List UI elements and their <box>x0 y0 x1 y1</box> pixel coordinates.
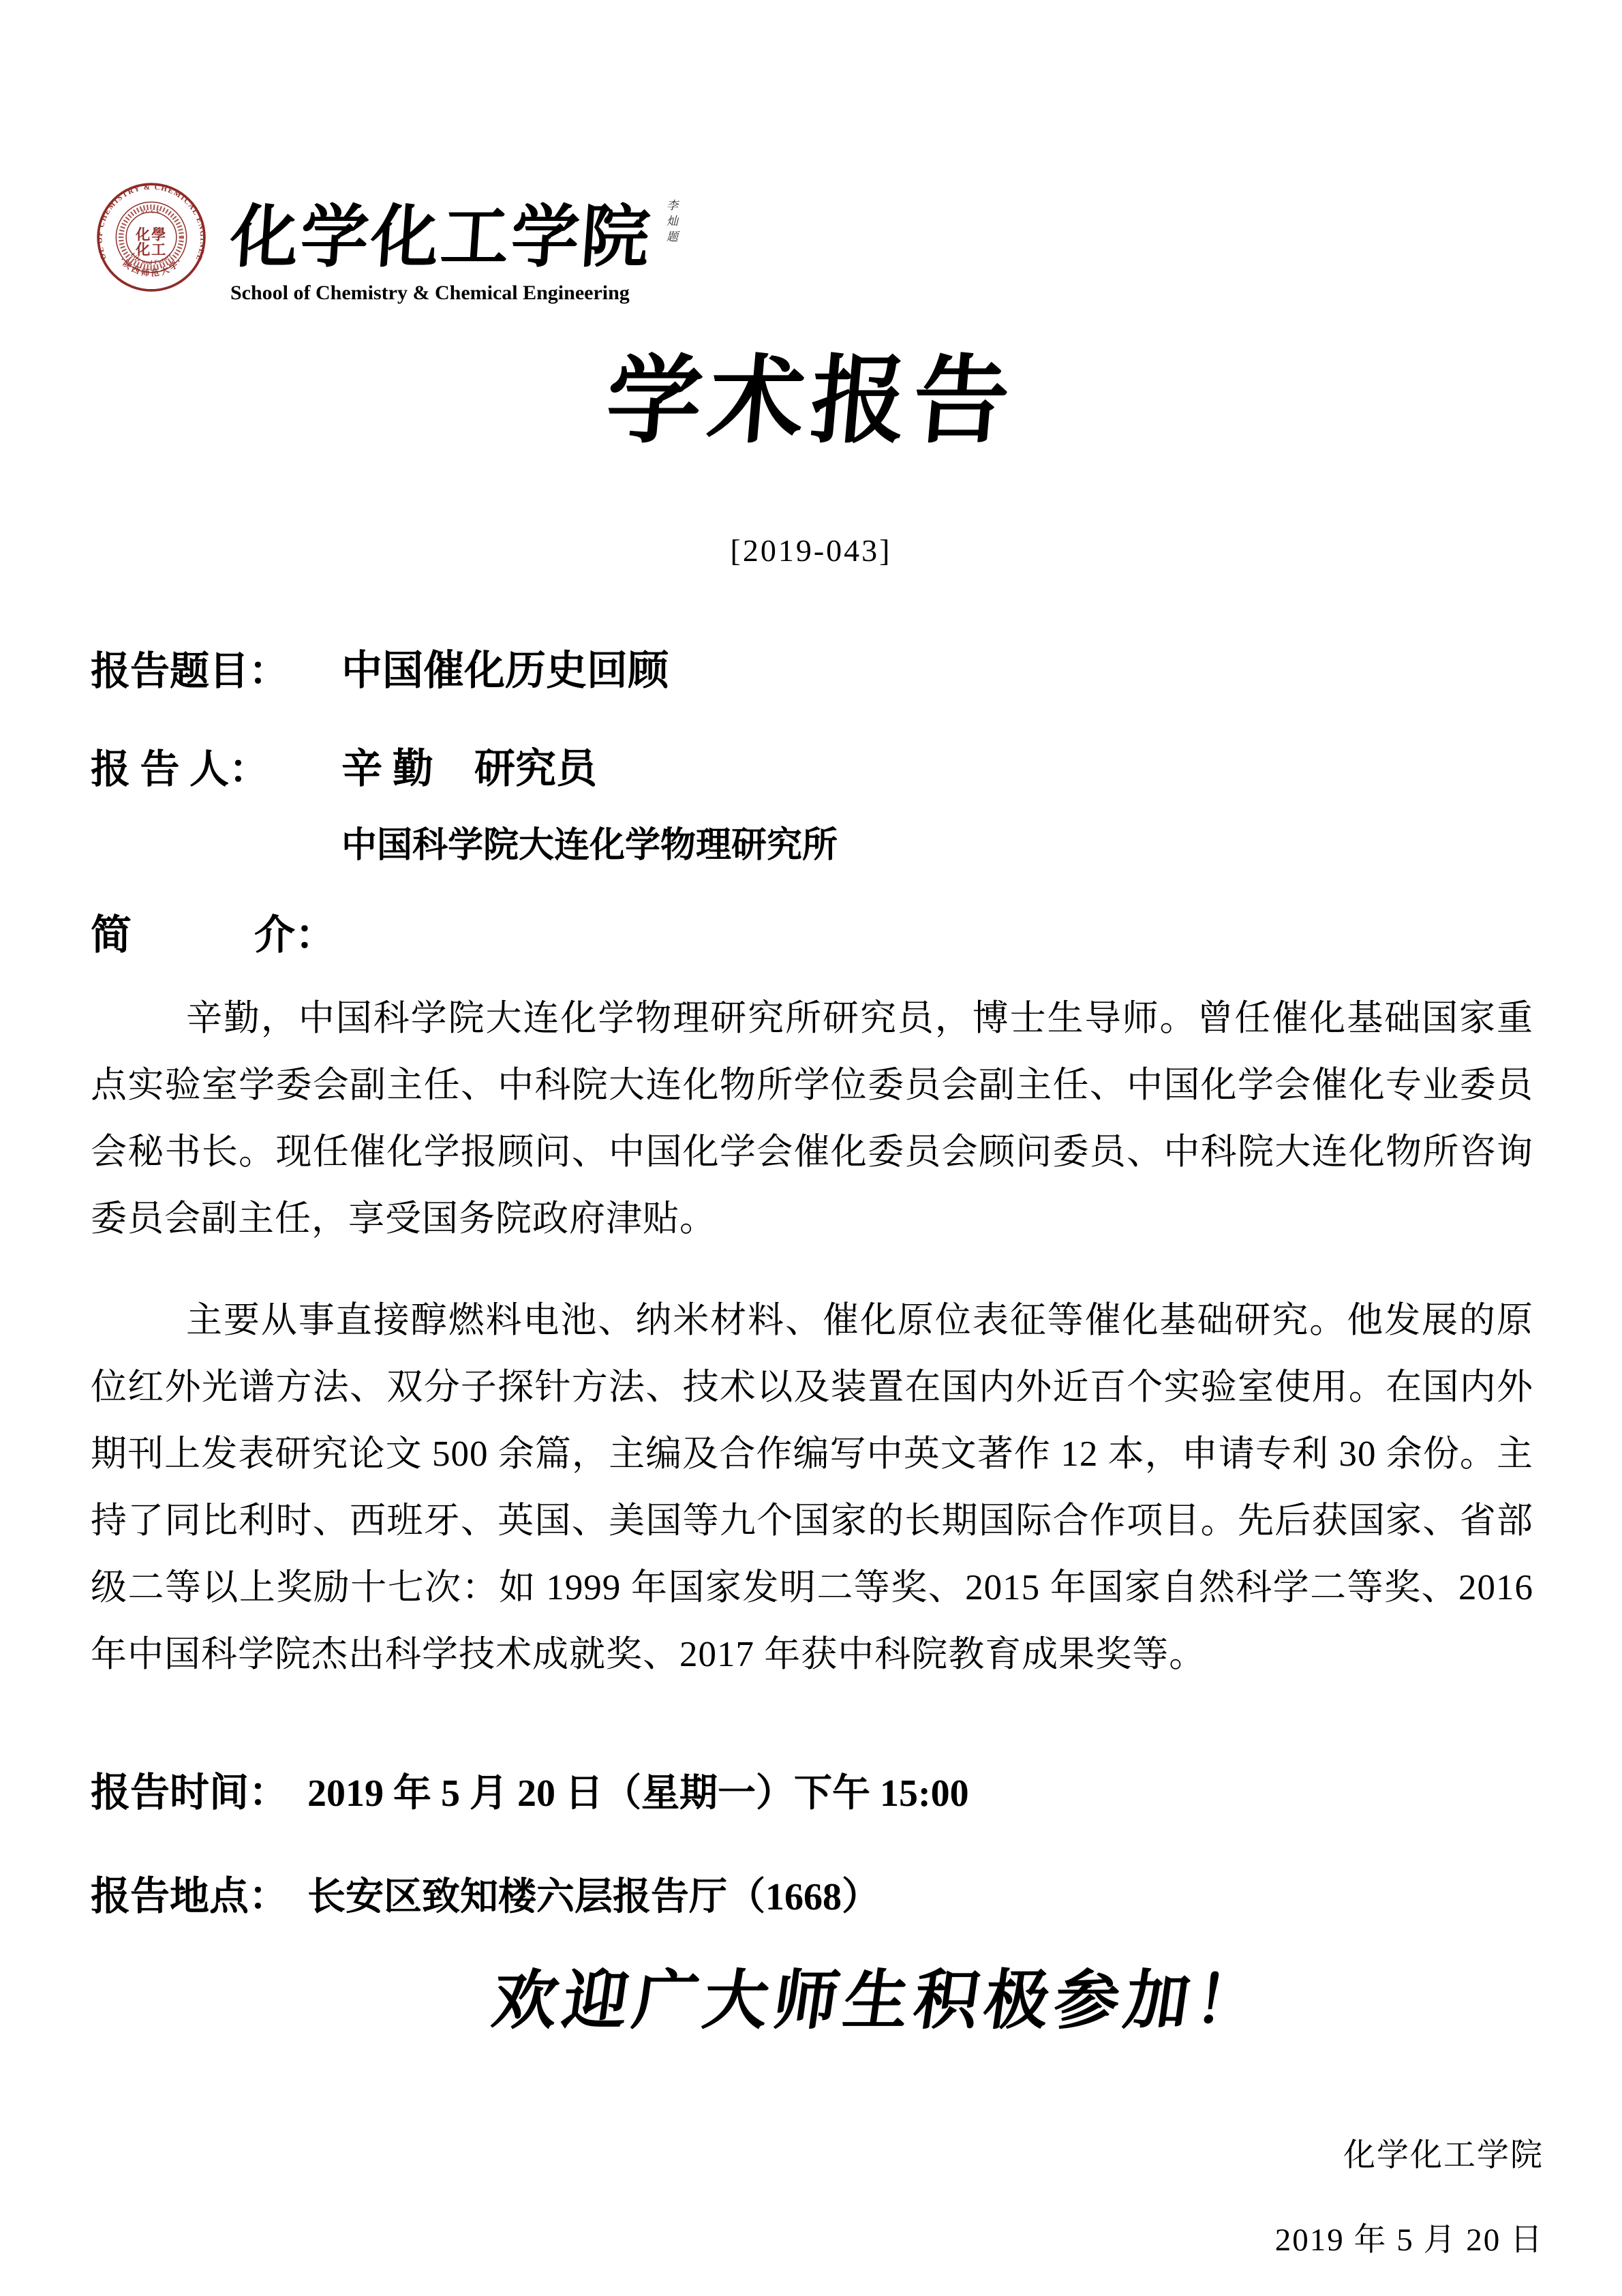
bio-paragraph-1: 辛勤，中国科学院大连化学物理研究所研究员，博士生导师。曾任催化基础国家重点实验室… <box>91 985 1533 1252</box>
report-place-value: 长安区致知楼六层报告厅（1668） <box>307 1876 880 1918</box>
announcement-serial: [2019-043] <box>0 532 1622 570</box>
footer-date: 2019 年 5 月 20 日 <box>1275 2220 1544 2261</box>
page-title: 学术报告 <box>0 344 1622 460</box>
bio-section-label-row: 简 介： <box>91 908 1533 973</box>
report-speaker-value: 辛 勤 研究员 <box>341 746 597 791</box>
footer-organization: 化学化工学院 <box>1343 2135 1544 2176</box>
seal-center-emblem-row1: 化學 <box>135 226 167 243</box>
school-name-block: 化学化工学院 School of Chemistry & Chemical En… <box>230 202 652 305</box>
report-speaker-label: 报 告 人： <box>91 742 341 797</box>
bio-paragraph-2: 主要从事直接醇燃料电池、纳米材料、催化原位表征等催化基础研究。他发展的原位红外光… <box>91 1287 1533 1688</box>
report-time-row: 报告时间：2019 年 5 月 20 日（星期一）下午 15:00 <box>91 1766 969 1830</box>
bio-section-label: 简 介： <box>91 913 336 958</box>
report-time-label: 报告时间： <box>91 1770 288 1815</box>
welcome-message: 欢迎广大师生积极参加！ <box>0 1963 1622 2038</box>
speaker-affiliation: 中国科学院大连化学物理研究所 <box>341 822 838 870</box>
report-time-value: 2019 年 5 月 20 日（星期一）下午 15:00 <box>307 1772 969 1815</box>
report-topic-label: 报告题目： <box>91 644 341 699</box>
seal-scce-text: SCCE <box>141 209 162 215</box>
seal-center-emblem-row2: 化工 <box>135 241 167 258</box>
calligrapher-signature: 李灿题 <box>662 199 679 246</box>
report-topic-value: 中国催化历史回顾 <box>341 648 669 693</box>
announcement-page: SCHOOL OF CHEMISTRY & CHEMICAL ENGINEERI… <box>0 0 1622 2296</box>
school-name-cn: 化学化工学院 <box>228 202 654 273</box>
report-topic-row: 报告题目：中国催化历史回顾 <box>91 644 1533 709</box>
school-seal-icon: SCHOOL OF CHEMISTRY & CHEMICAL ENGINEERI… <box>95 181 207 293</box>
school-name-en: School of Chemistry & Chemical Engineeri… <box>230 282 652 305</box>
school-logo-block: SCHOOL OF CHEMISTRY & CHEMICAL ENGINEERI… <box>95 164 679 305</box>
report-place-label: 报告地点： <box>91 1874 288 1918</box>
report-place-row: 报告地点：长安区致知楼六层报告厅（1668） <box>91 1869 880 1934</box>
report-speaker-row: 报 告 人：辛 勤 研究员 <box>91 742 1533 807</box>
